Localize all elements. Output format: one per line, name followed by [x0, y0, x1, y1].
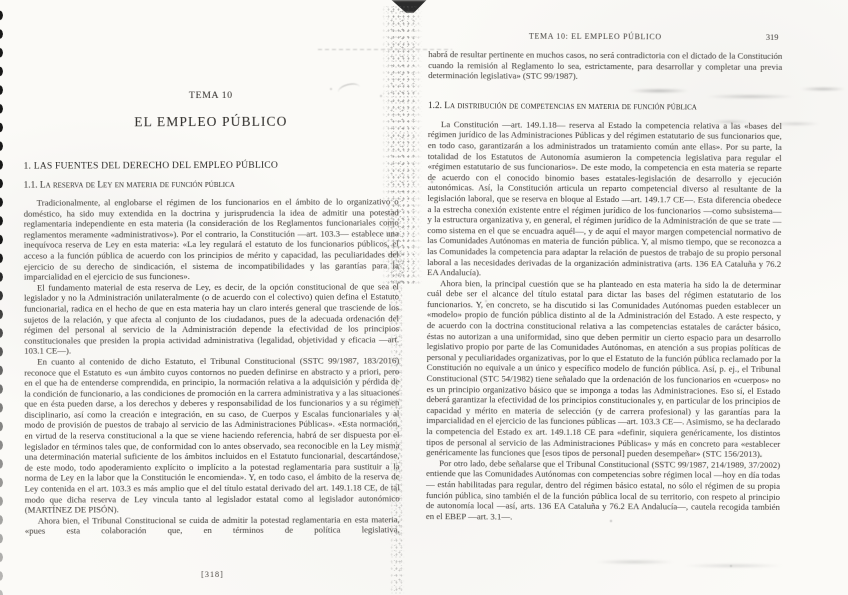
left-page-body: Tradicionalmente, al englobarse el régim…: [24, 196, 400, 536]
paragraph: Ahora bien, el Tribunal Constitucional s…: [25, 514, 400, 536]
left-page: TEMA 10 EL EMPLEO PÚBLICO 1. LAS FUENTES…: [23, 0, 400, 595]
page-title: EL EMPLEO PÚBLICO: [23, 113, 398, 130]
page-number-left: [318]: [25, 569, 400, 579]
running-head-row: 319: [429, 0, 783, 1]
scanned-book-spread: TEMA 10 EL EMPLEO PÚBLICO 1. LAS FUENTES…: [0, 0, 848, 595]
paragraph: Ahora bien, la principal cuestión que se…: [426, 278, 781, 460]
right-page-body: habrá de resultar pertinente en muchos c…: [426, 49, 782, 523]
section-heading-1: 1. LAS FUENTES DEL DERECHO DEL EMPLEO PÚ…: [24, 159, 399, 171]
running-head: TEMA 10: EL EMPLEO PÚBLICO: [438, 31, 752, 42]
section-heading-1-2: 1.2. La distribución de competencias en …: [428, 101, 782, 113]
section-heading-1-1: 1.1. La reserva de Ley en materia de fun…: [24, 179, 399, 190]
paragraph: El fundamento material de esta reserva d…: [24, 281, 399, 356]
paragraph: habrá de resultar pertinente en muchos c…: [428, 49, 782, 83]
page-number-right: 319: [766, 33, 779, 42]
paragraph: Tradicionalmente, al englobarse el régim…: [24, 196, 399, 282]
paragraph: En cuanto al contenido de dicho Estatuto…: [24, 355, 400, 515]
tema-label: TEMA 10: [23, 89, 398, 101]
paragraph: Por otro lado, debe señalarse que el Tri…: [426, 458, 780, 523]
right-page: 319 TEMA 10: EL EMPLEO PÚBLICO habrá de …: [425, 0, 782, 595]
paragraph: La Constitución —art. 149.1.18— reserva …: [427, 119, 782, 280]
spiral-binding-marks: [0, 6, 9, 595]
